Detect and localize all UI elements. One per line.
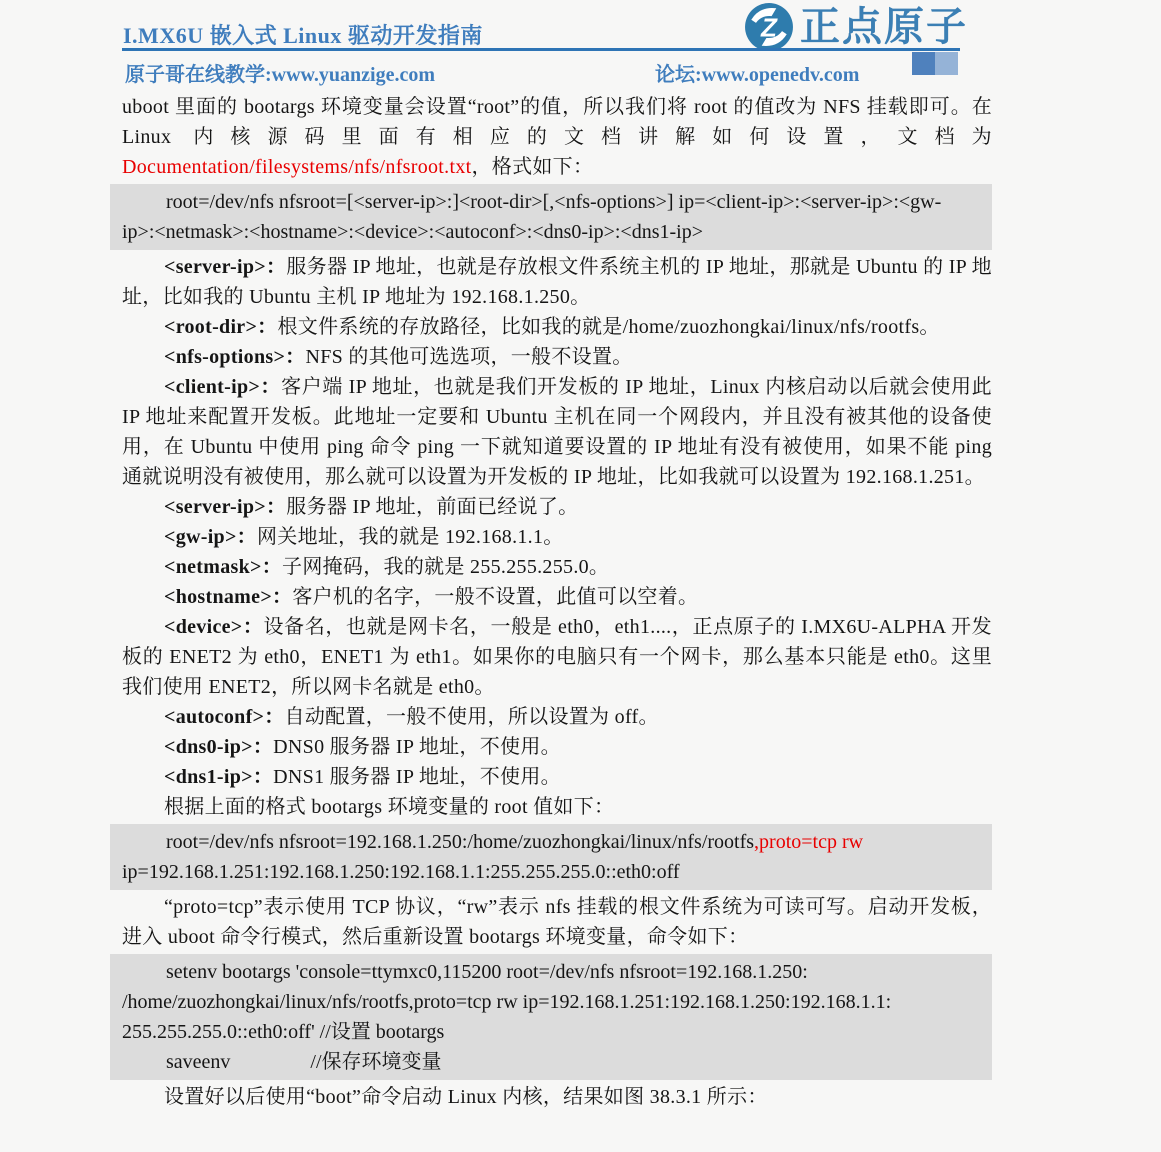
- term: <dns1-ip>：: [164, 766, 273, 788]
- intro-text-end: ，格式如下：: [471, 156, 593, 178]
- paragraph-root-value: 根据上面的格式 bootargs 环境变量的 root 值如下：: [122, 792, 992, 822]
- term-desc: 子网掩码，我的就是 255.255.255.0。: [282, 556, 609, 578]
- document-page: I.MX6U 嵌入式 Linux 驱动开发指南 Z 正点原子 原子哥在线教学:w…: [0, 0, 1161, 1152]
- code-line: ip>:<netmask>:<hostname>:<device>:<autoc…: [122, 217, 992, 247]
- term: <gw-ip>：: [164, 526, 257, 548]
- definition-client-ip: <client-ip>：客户端 IP 地址，也就是我们开发板的 IP 地址，Li…: [122, 372, 992, 492]
- term-desc: 根文件系统的存放路径，比如我的就是/home/zuozhongkai/linux…: [278, 316, 940, 338]
- term-desc: 网关地址，我的就是 192.168.1.1。: [257, 526, 564, 548]
- document-title: I.MX6U 嵌入式 Linux 驱动开发指南: [123, 19, 483, 50]
- page-body: uboot 里面的 bootargs 环境变量会设置“root”的值，所以我们将…: [122, 92, 992, 1112]
- term-desc: NFS 的其他可选选项，一般不设置。: [305, 346, 632, 368]
- definition-server-ip-2: <server-ip>：服务器 IP 地址，前面已经说了。: [122, 492, 992, 522]
- paragraph-boot: 设置好以后使用“boot”命令启动 Linux 内核，结果如图 38.3.1 所…: [122, 1082, 992, 1112]
- term-desc: DNS0 服务器 IP 地址，不使用。: [273, 736, 561, 758]
- brand-logo: Z 正点原子: [744, 2, 968, 52]
- code-line: ip=192.168.1.251:192.168.1.250:192.168.1…: [122, 857, 992, 887]
- code-line: root=/dev/nfs nfsroot=[<server-ip>:]<roo…: [122, 187, 992, 217]
- svg-text:Z: Z: [760, 12, 778, 42]
- definition-device: <device>：设备名，也就是网卡名，一般是 eth0，eth1....，正点…: [122, 612, 992, 702]
- code-line: saveenv //保存环境变量: [122, 1047, 992, 1077]
- definition-root-dir: <root-dir>：根文件系统的存放路径，比如我的就是/home/zuozho…: [122, 312, 992, 342]
- term: <device>：: [164, 616, 263, 638]
- term-desc: 服务器 IP 地址，前面已经说了。: [286, 496, 578, 518]
- term: <autoconf>：: [164, 706, 285, 728]
- paragraph-intro: uboot 里面的 bootargs 环境变量会设置“root”的值，所以我们将…: [122, 92, 992, 182]
- code-block-root-value: root=/dev/nfs nfsroot=192.168.1.250:/hom…: [110, 824, 992, 890]
- term: <nfs-options>：: [164, 346, 305, 368]
- term: <client-ip>：: [164, 376, 281, 398]
- decoration-square-dark: [912, 52, 935, 75]
- definition-nfs-options: <nfs-options>：NFS 的其他可选选项，一般不设置。: [122, 342, 992, 372]
- intro-text: uboot 里面的 bootargs 环境变量会设置“root”的值，所以我们将…: [122, 96, 992, 148]
- teaching-url: 原子哥在线教学:www.yuanzige.com: [125, 58, 435, 87]
- term-desc: 自动配置，一般不使用，所以设置为 off。: [285, 706, 659, 728]
- term: <netmask>：: [164, 556, 282, 578]
- code-line: root=/dev/nfs nfsroot=192.168.1.250:/hom…: [122, 827, 992, 857]
- code-line: setenv bootargs 'console=ttymxc0,115200 …: [122, 957, 992, 987]
- term-desc: DNS1 服务器 IP 地址，不使用。: [273, 766, 561, 788]
- code-block-setenv: setenv bootargs 'console=ttymxc0,115200 …: [110, 954, 992, 1080]
- definition-netmask: <netmask>：子网掩码，我的就是 255.255.255.0。: [122, 552, 992, 582]
- definition-dns1-ip: <dns1-ip>：DNS1 服务器 IP 地址，不使用。: [122, 762, 992, 792]
- code-text: root=/dev/nfs nfsroot=192.168.1.250:/hom…: [166, 831, 754, 853]
- term: <dns0-ip>：: [164, 736, 273, 758]
- term: <hostname>：: [164, 586, 292, 608]
- term: <root-dir>：: [164, 316, 278, 338]
- code-line: /home/zuozhongkai/linux/nfs/rootfs,proto…: [122, 987, 992, 1017]
- brand-name: 正点原子: [800, 3, 968, 51]
- code-text-red: ,proto=tcp rw: [754, 831, 863, 853]
- decoration-square-light: [935, 52, 958, 75]
- definition-gw-ip: <gw-ip>：网关地址，我的就是 192.168.1.1。: [122, 522, 992, 552]
- code-block-nfs-format: root=/dev/nfs nfsroot=[<server-ip>:]<roo…: [110, 184, 992, 250]
- term-desc: 客户机的名字，一般不设置，此值可以空着。: [292, 586, 698, 608]
- term: <server-ip>：: [164, 256, 286, 278]
- definition-autoconf: <autoconf>：自动配置，一般不使用，所以设置为 off。: [122, 702, 992, 732]
- paragraph-proto-explain: “proto=tcp”表示使用 TCP 协议，“rw”表示 nfs 挂载的根文件…: [122, 892, 992, 952]
- header-rule: [122, 48, 960, 51]
- term: <server-ip>：: [164, 496, 286, 518]
- code-line: 255.255.255.0::eth0:off' //设置 bootargs: [122, 1017, 992, 1047]
- definition-dns0-ip: <dns0-ip>：DNS0 服务器 IP 地址，不使用。: [122, 732, 992, 762]
- doc-path-reference: Documentation/filesystems/nfs/nfsroot.tx…: [122, 156, 471, 178]
- definition-server-ip: <server-ip>：服务器 IP 地址，也就是存放根文件系统主机的 IP 地…: [122, 252, 992, 312]
- alientek-z-icon: Z: [744, 2, 794, 52]
- forum-url: 论坛:www.openedv.com: [655, 58, 859, 87]
- definition-hostname: <hostname>：客户机的名字，一般不设置，此值可以空着。: [122, 582, 992, 612]
